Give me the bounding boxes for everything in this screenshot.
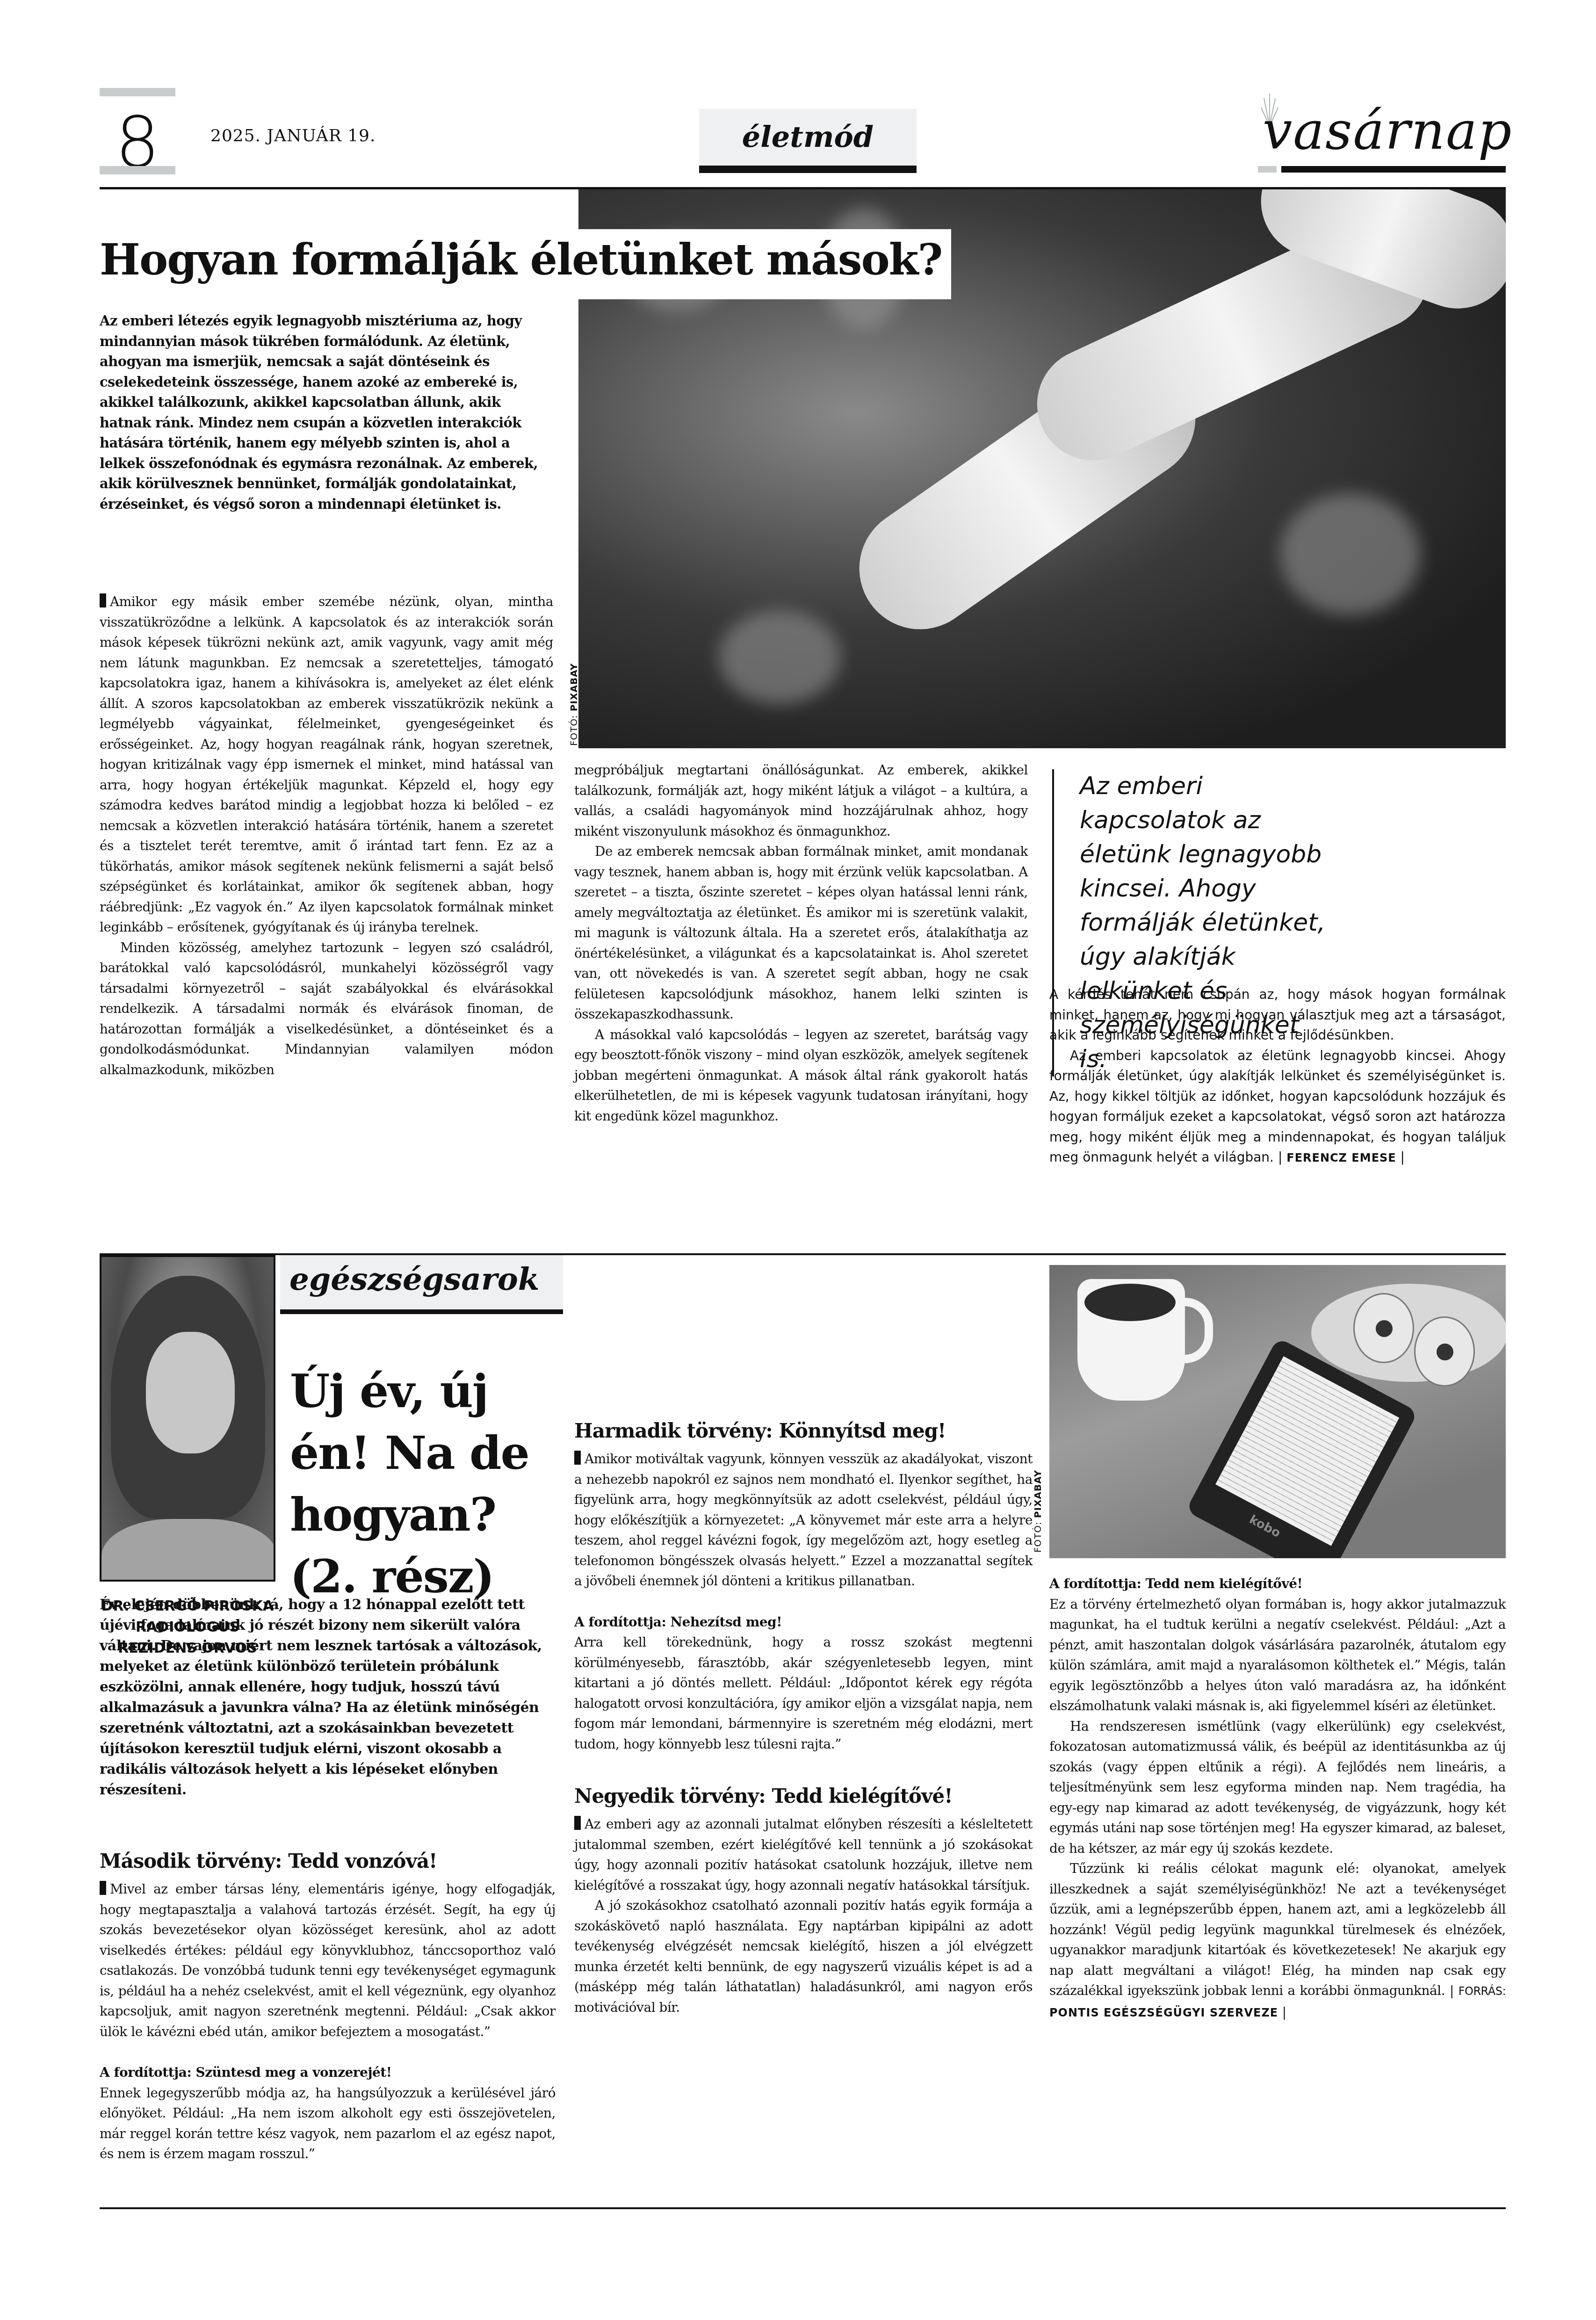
- article-headline: Hogyan formálják életünket mások?: [100, 229, 951, 299]
- paragraph: Mivel az ember társas lény, elementáris …: [100, 1879, 556, 2042]
- paragraph: Az emberi agy az azonnali jutalmat előny…: [574, 1814, 1033, 1895]
- logo-rule: [1281, 166, 1506, 173]
- health-column-title: Új év, új én! Na de hogyan? (2. rész): [290, 1361, 561, 1608]
- logo-rule-grey: [1258, 166, 1277, 173]
- paragraph: Amikor motiváltak vagyunk, könnyen vessz…: [574, 1449, 1033, 1591]
- publication-name: vasárnap: [1263, 101, 1512, 161]
- publication-logo: vasárnap: [1258, 91, 1510, 185]
- article-lead: Az emberi létezés egyik legnagyobb miszt…: [100, 311, 539, 514]
- health-column-1: Második törvény: Tedd vonzóvá! Mivel az …: [100, 1847, 556, 2164]
- footer-divider: [100, 2207, 1506, 2209]
- section-label: életmód: [742, 120, 874, 154]
- paragraph-marker: [574, 1816, 581, 1830]
- ereader-photo-credit: FOTÓ: PIXABAY: [1032, 1470, 1043, 1553]
- article-column-3: A kérdés tehát nem csupán az, hogy mások…: [1049, 984, 1506, 1169]
- source-name: PONTIS EGÉSZSÉGÜGYI SZERVEZE: [1049, 2006, 1278, 2019]
- subheading: Negyedik törvény: Tedd kielégítővé!: [574, 1782, 1033, 1810]
- paragraph: De az emberek nemcsak abban formálnak mi…: [574, 841, 1028, 1025]
- section-tab: életmód: [699, 109, 917, 173]
- page-number-bar-top: [100, 88, 175, 96]
- inline-subheading: A fordítottja: Szüntesd meg a vonzerejét…: [100, 2062, 556, 2083]
- paragraph: A fordítottja: Szüntesd meg a vonzerejét…: [100, 2062, 556, 2164]
- inline-subheading: A fordítottja: Nehezítsd meg!: [574, 1612, 1033, 1633]
- paragraph-marker: [100, 593, 106, 607]
- paragraph: A másokkal való kapcsolódás – legyen az …: [574, 1025, 1028, 1127]
- inline-subheading: A fordítottja: Tedd nem kielégítővé!: [1049, 1574, 1506, 1594]
- paragraph: A fordítottja: Tedd nem kielégítővé! Ez …: [1049, 1574, 1506, 1716]
- subheading: Második törvény: Tedd vonzóvá!: [100, 1847, 556, 1875]
- paragraph: Amikor egy másik ember szemébe nézünk, o…: [100, 592, 553, 938]
- paragraph: A jó szokásokhoz csatolható azonnali poz…: [574, 1895, 1033, 2017]
- article-column-1: Amikor egy másik ember szemébe nézünk, o…: [100, 592, 553, 1080]
- paragraph: Ha rendszeresen ismétlünk (vagy elkerülü…: [1049, 1716, 1506, 1859]
- author-byline: FERENCZ EMESE: [1286, 1151, 1396, 1164]
- paragraph: Minden közösség, amelyhez tartozunk – le…: [100, 938, 553, 1080]
- column-label: egészségsarok: [289, 1261, 540, 1297]
- ereader-coffee-photo: kobo: [1049, 1265, 1506, 1558]
- paragraph: Az emberi kapcsolatok az életünk legnagy…: [1049, 1046, 1506, 1169]
- health-column-3: A fordítottja: Tedd nem kielégítővé! Ez …: [1049, 1574, 1506, 2023]
- paragraph: Tűzzünk ki reális célokat magunk elé: ol…: [1049, 1858, 1506, 2023]
- health-lead: Év elején döbbenünk rá, hogy a 12 hónapp…: [100, 1595, 556, 1800]
- health-column-2: Harmadik törvény: Könnyítsd meg! Amikor …: [574, 1403, 1033, 2017]
- subheading: Harmadik törvény: Könnyítsd meg!: [574, 1417, 1033, 1445]
- page-number-bar-bottom: [100, 166, 175, 174]
- paragraph: A fordítottja: Nehezítsd meg! Arra kell …: [574, 1612, 1033, 1755]
- author-portrait-photo: [100, 1255, 275, 1582]
- paragraph: A kérdés tehát nem csupán az, hogy mások…: [1049, 984, 1506, 1046]
- paragraph-marker: [574, 1451, 581, 1465]
- column-tab: egészségsarok: [280, 1255, 563, 1314]
- issue-date: 2025. JANUÁR 19.: [210, 126, 376, 145]
- article-column-2: megpróbáljuk megtartani önállóságunkat. …: [574, 760, 1028, 1126]
- source-label: FORRÁS:: [1459, 1985, 1506, 1998]
- hero-photo-credit: FOTÓ: PIXABAY: [568, 663, 579, 746]
- paragraph-marker: [100, 1881, 106, 1895]
- paragraph: megpróbáljuk megtartani önállóságunkat. …: [574, 760, 1028, 841]
